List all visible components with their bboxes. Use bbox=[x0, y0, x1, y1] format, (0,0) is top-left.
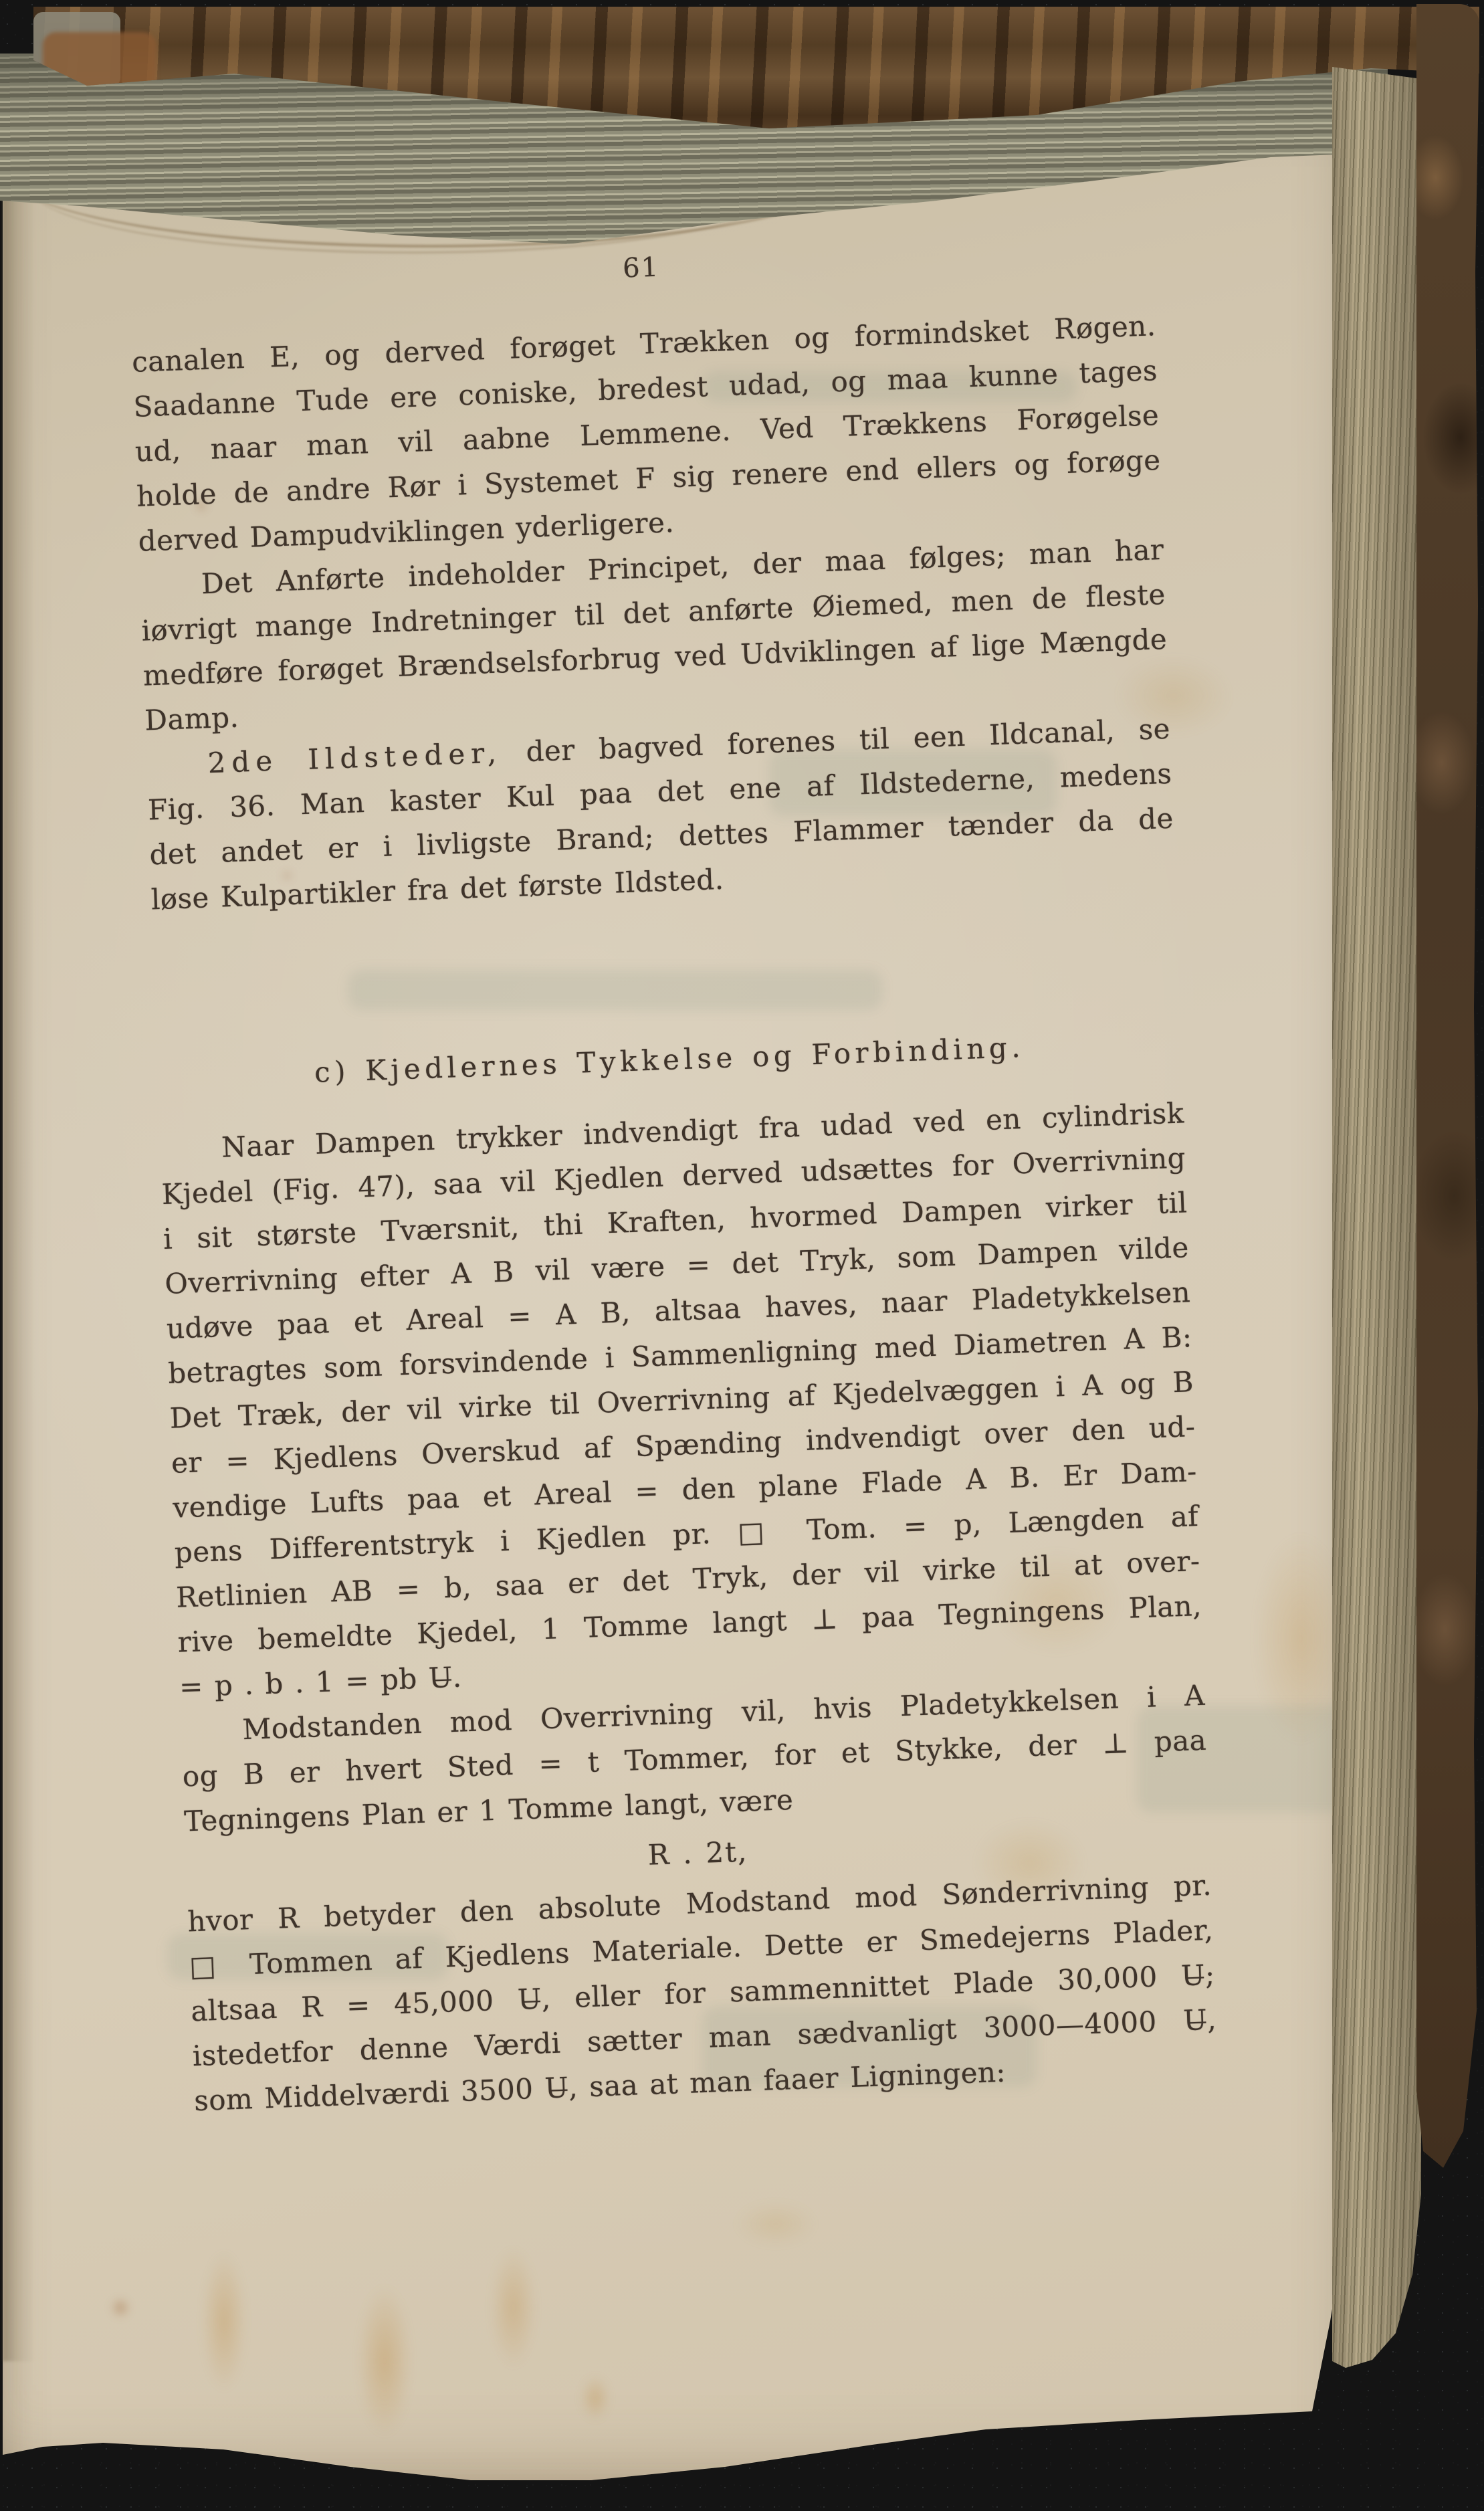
book-fore-edge-pages bbox=[1332, 67, 1421, 2385]
page-text: 61 canalen E, og derved forøget Trækken … bbox=[128, 228, 1218, 2123]
stain bbox=[348, 2261, 421, 2462]
page-left-cut-edge bbox=[3, 100, 35, 2361]
scanned-book-photo: 61 canalen E, og derved forøget Trækken … bbox=[0, 0, 1484, 2511]
stain bbox=[482, 2227, 545, 2388]
stain bbox=[722, 2194, 829, 2254]
stain bbox=[575, 2368, 615, 2428]
book-spine-leather bbox=[1416, 4, 1479, 2171]
spaced-lead-text: 2de Ildsteder, bbox=[207, 736, 503, 779]
stain bbox=[107, 2294, 134, 2321]
stain bbox=[194, 2227, 254, 2415]
text-block: canalen E, og derved forøget Trækken og … bbox=[131, 303, 1218, 2123]
section-heading: c) Kjedlernes Tykkelse og Forbinding. bbox=[156, 1019, 1182, 1100]
